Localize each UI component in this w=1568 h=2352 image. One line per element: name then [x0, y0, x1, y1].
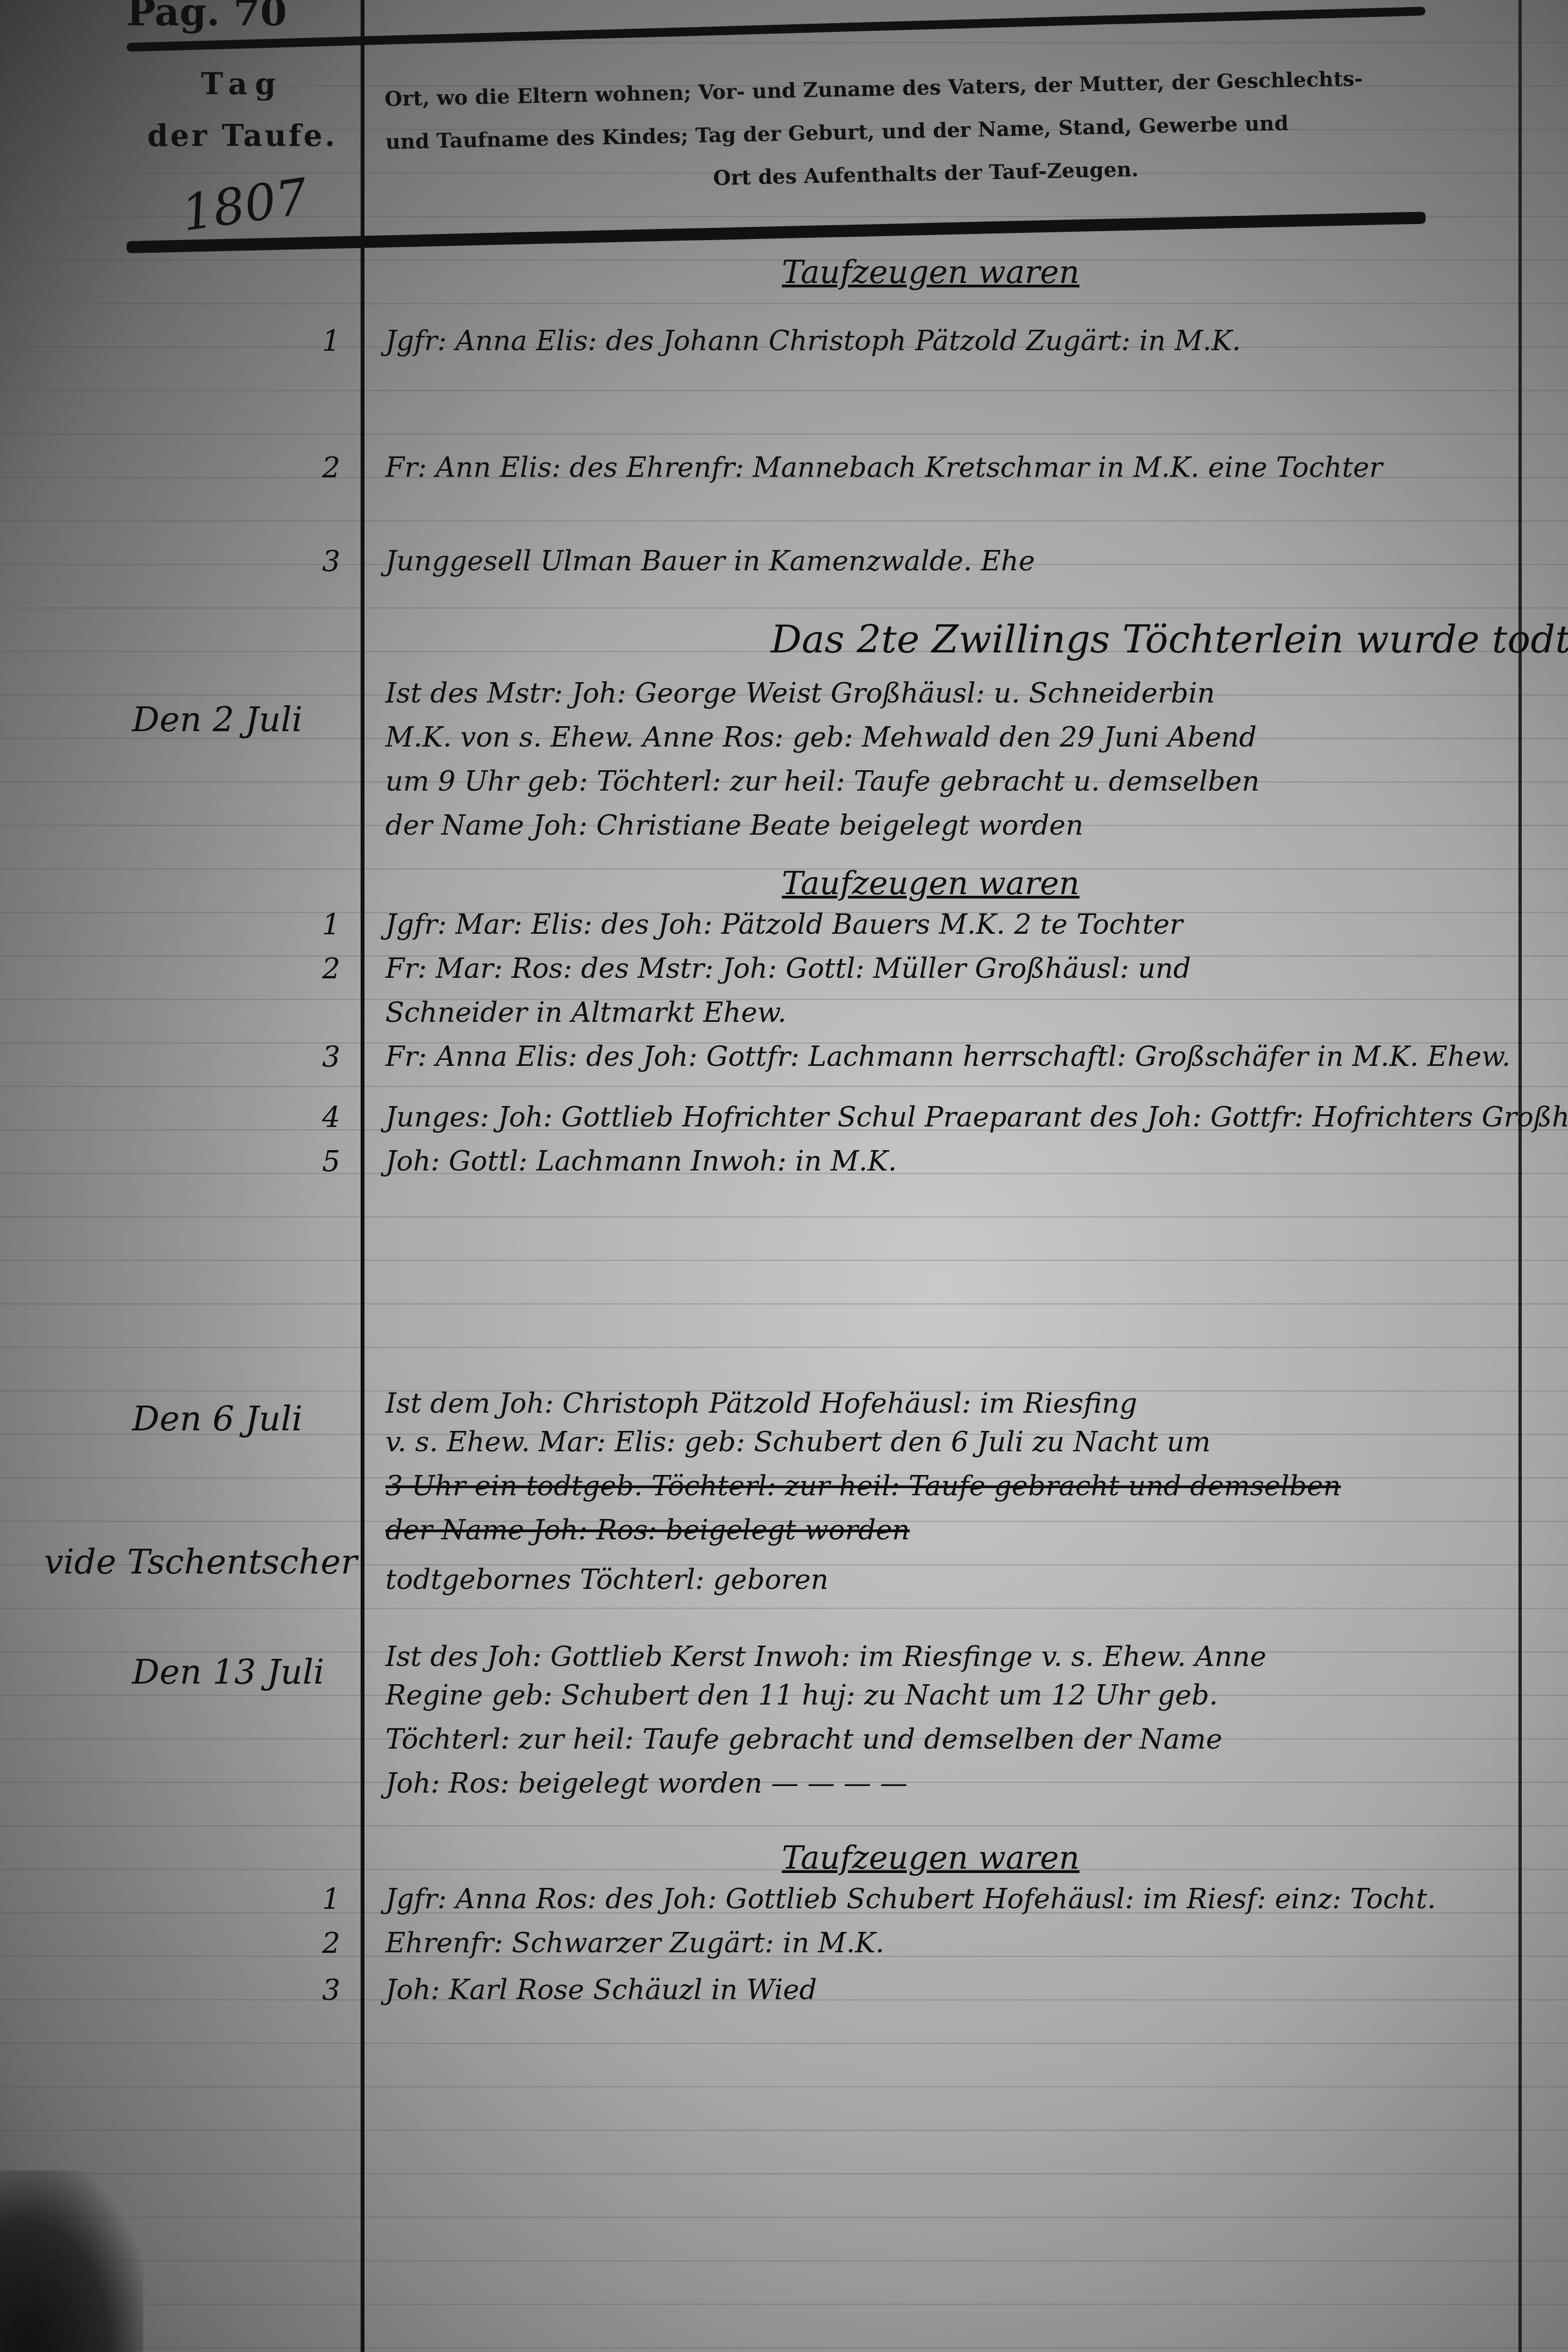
entry-line: Fr: Ann Elis: des Ehrenfr: Mannebach Kre… [385, 451, 1382, 483]
entry-line: Fr: Mar: Ros: des Mstr: Joh: Gottl: Müll… [385, 952, 1191, 984]
witness-number: 2 [322, 952, 340, 986]
entry-line: Fr: Anna Elis: des Joh: Gottfr: Lachmann… [385, 1041, 1511, 1072]
entry-line: Joh: Ros: beigelegt worden — — — — [385, 1767, 907, 1799]
date-column-header: Tag der Taufe. [132, 66, 352, 153]
entry-line: todtgebornes Töchterl: geboren [385, 1564, 829, 1596]
entry-note: Das 2te Zwillings Töchterlein wurde todt… [771, 617, 1568, 662]
entry-line: Jgfr: Anna Elis: des Johann Christoph Pä… [385, 325, 1241, 357]
witness-number: 1 [322, 325, 340, 358]
entry-line: Jgfr: Mar: Elis: des Joh: Pätzold Bauers… [385, 908, 1183, 940]
witness-number: 1 [322, 908, 340, 941]
entry-line: M.K. von s. Ehew. Anne Ros: geb: Mehwald… [385, 721, 1257, 753]
side-note: vide Tschentscher [44, 1542, 357, 1582]
header-tag: Tag [132, 66, 352, 101]
entry-line: um 9 Uhr geb: Töchterl: zur heil: Taufe … [385, 765, 1260, 797]
witnesses-heading: Taufzeugen waren [782, 253, 1080, 291]
entry-date: Den 6 Juli [132, 1398, 303, 1439]
entry-line: v. s. Ehew. Mar: Elis: geb: Schubert den… [385, 1426, 1211, 1458]
entry-line: Regine geb: Schubert den 11 huj: zu Nach… [385, 1679, 1218, 1711]
witness-number: 5 [322, 1145, 340, 1178]
entry-line: Töchterl: zur heil: Taufe gebracht und d… [385, 1723, 1222, 1755]
details-column-header: Ort, wo die Eltern wohnen; Vor- und Zuna… [384, 55, 1466, 206]
entry-line: Ist des Mstr: Joh: George Weist Großhäus… [385, 677, 1215, 709]
entry-date: Den 13 Juli [132, 1652, 324, 1692]
finger-shadow [0, 2170, 143, 2352]
entry-line: Schneider in Altmarkt Ehew. [385, 997, 786, 1028]
entry-line: Ist dem Joh: Christoph Pätzold Hofehäusl… [385, 1387, 1137, 1419]
witness-number: 2 [322, 451, 340, 484]
column-divider [361, 0, 364, 2352]
page-number: Pag. 70 [127, 0, 287, 35]
witnesses-heading: Taufzeugen waren [782, 1839, 1080, 1876]
entry-line: der Name Joh: Christiane Beate beigelegt… [385, 809, 1084, 841]
entry-line: Junggesell Ulman Bauer in Kamenzwalde. E… [385, 545, 1035, 577]
page-edge-line [1518, 0, 1522, 2352]
entry-line: der Name Joh: Ros: beigelegt worden [385, 1514, 910, 1546]
witness-number: 3 [322, 1974, 340, 2007]
entry-line: Joh: Gottl: Lachmann Inwoh: in M.K. [385, 1145, 897, 1177]
entry-line: Ehrenfr: Schwarzer Zugärt: in M.K. [385, 1927, 884, 1959]
witness-number: 1 [322, 1883, 340, 1916]
witness-number: 2 [322, 1927, 340, 1960]
entry-line: Junges: Joh: Gottlieb Hofrichter Schul P… [385, 1101, 1568, 1133]
entry-line: Ist des Joh: Gottlieb Kerst Inwoh: im Ri… [385, 1641, 1266, 1673]
register-page: Pag. 70 Tag der Taufe. 1807 Ort, wo die … [0, 0, 1568, 2352]
entry-line: Jgfr: Anna Ros: des Joh: Gottlieb Schube… [385, 1883, 1436, 1915]
entry-line: 3 Uhr ein todtgeb. Töchterl: zur heil: T… [385, 1470, 1341, 1502]
entry-date: Den 2 Juli [132, 699, 303, 739]
witness-number: 3 [322, 1041, 340, 1074]
entry-line: Joh: Karl Rose Schäuzl in Wied [385, 1974, 817, 2006]
header-der-taufe: der Taufe. [132, 118, 352, 153]
witness-number: 3 [322, 545, 340, 578]
witness-number: 4 [322, 1101, 340, 1134]
witnesses-heading: Taufzeugen waren [782, 864, 1080, 902]
